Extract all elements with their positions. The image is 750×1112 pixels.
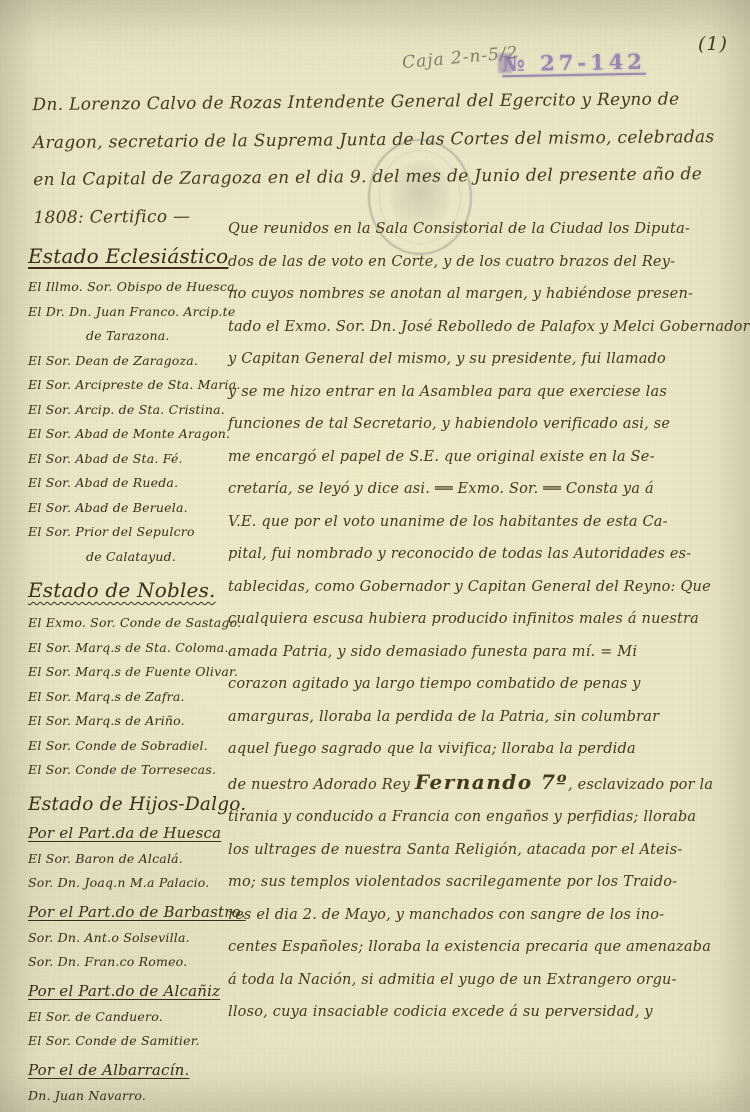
body-text: Que reunidos en la Sala Consistorial de … (228, 213, 744, 1029)
body-line: y Capitan General del mismo, y su presid… (228, 343, 744, 376)
body-line: dos de las de voto en Corte, y de los cu… (228, 246, 744, 279)
margin-entry: de Calatayud. (28, 545, 230, 570)
body-line: tirania y conducido a Francia con engaño… (228, 801, 744, 834)
margin-entry: El Sor. Marq.s de Sta. Coloma. (28, 636, 230, 661)
margin-entry: Dn. Juan Navarro. (28, 1084, 230, 1109)
margin-entry: El Sor. Abad de Sta. Fé. (28, 447, 230, 472)
body-line: me encargó el papel de S.E. que original… (228, 441, 744, 474)
body-line: lloso, cuya insaciable codicia excede á … (228, 996, 744, 1029)
body-line: Que reunidos en la Sala Consistorial de … (228, 213, 744, 246)
body-line: amarguras, lloraba la perdida de la Patr… (228, 701, 744, 734)
margin-entry: El Sor. Abad de Rueda. (28, 471, 230, 496)
body-line: funciones de tal Secretario, y habiendol… (228, 408, 744, 441)
margin-entry: Estado de Hijos-Dalgo. (28, 793, 230, 817)
margin-entry: Estado Eclesiástico (28, 243, 230, 269)
margin-entry: El Exmo. Sor. Conde de Sastago. (28, 611, 230, 636)
body-line: los ultrages de nuestra Santa Religión, … (228, 834, 744, 867)
margin-entry: Por el Part.do de Alcañiz (28, 980, 230, 1002)
margin-entry: El Sor. Marq.s de Zafra. (28, 685, 230, 710)
margin-entry: El Sor. Marq.s de Ariño. (28, 709, 230, 734)
margin-entry: El Sor. Prior del Sepulcro (28, 520, 230, 545)
body-line: tablecidas, como Gobernador y Capitan Ge… (228, 571, 744, 604)
page-number: (1) (698, 33, 728, 55)
margin-entry: Por el Part.do de Barbastro. (28, 901, 230, 923)
body-line: cualquiera escusa hubiera producido infi… (228, 603, 744, 636)
margin-entry: Por el Part.da de Huesca (28, 822, 230, 844)
margin-entry: El Sor. Abad de Monte Aragon. (28, 422, 230, 447)
body-line: corazon agitado ya largo tiempo combatid… (228, 668, 744, 701)
body-line: V.E. que por el voto unanime de los habi… (228, 506, 744, 539)
margin-deputies-list: Estado Eclesiástico El Illmo. Sor. Obisp… (28, 241, 230, 1108)
body-line: res el dia 2. de Mayo, y manchados con s… (228, 899, 744, 932)
margin-entry: Estado de Nobles. (28, 577, 230, 603)
body-line: pital, fui nombrado y reconocido de toda… (228, 538, 744, 571)
body-line: á toda la Nación, si admitia el yugo de … (228, 964, 744, 997)
body-line: aquel fuego sagrado que la vivifica; llo… (228, 733, 744, 766)
body-line: amada Patria, y sido demasiado funesta p… (228, 636, 744, 669)
margin-entry: de Tarazona. (28, 324, 230, 349)
body-line: no cuyos nombres se anotan al margen, y … (228, 278, 744, 311)
margin-entry: El Sor. de Canduero. (28, 1005, 230, 1030)
body-line: cretaría, se leyó y dice asi. ══ Exmo. S… (228, 473, 744, 506)
body-line: centes Españoles; lloraba la existencia … (228, 931, 744, 964)
margin-entry: El Sor. Marq.s de Fuente Olivar. (28, 660, 230, 685)
margin-entry: El Sor. Conde de Samitier. (28, 1029, 230, 1054)
archive-number-stamp: № 27-142 (502, 49, 646, 77)
margin-entry: El Dr. Dn. Juan Franco. Arcip.te (28, 300, 230, 325)
margin-entry: Sor. Dn. Fran.co Romeo. (28, 950, 230, 975)
margin-entry: El Sor. Arcipreste de Sta. Maria. (28, 373, 230, 398)
body-line: mo; sus templos violentados sacrilegamen… (228, 866, 744, 899)
margin-entry: El Sor. Baron de Alcalá. (28, 847, 230, 872)
manuscript-page: Caja 2-n-5/2 № 27-142 (1) Dn. Lorenzo Ca… (0, 0, 750, 1112)
king-name-emphasis: Fernando 7º (415, 770, 568, 794)
body-line: y se me hizo entrar en la Asamblea para … (228, 376, 744, 409)
margin-entry: El Sor. Abad de Beruela. (28, 496, 230, 521)
margin-entry: El Sor. Dean de Zaragoza. (28, 349, 230, 374)
margin-entry: El Illmo. Sor. Obispo de Huesca. (28, 275, 230, 300)
body-line: tado el Exmo. Sor. Dn. José Rebolledo de… (228, 311, 744, 344)
margin-entry: Por el de Albarracín. (28, 1059, 230, 1081)
body-line: de nuestro Adorado Rey Fernando 7º, escl… (228, 766, 744, 802)
margin-entry: Sor. Dn. Ant.o Solsevilla. (28, 926, 230, 951)
margin-entry: El Sor. Conde de Torresecas. (28, 758, 230, 783)
margin-entry: El Sor. Arcip. de Sta. Cristina. (28, 398, 230, 423)
margin-entry: El Sor. Conde de Sobradiel. (28, 734, 230, 759)
opening-line: Dn. Lorenzo Calvo de Rozas Intendente Ge… (32, 81, 738, 125)
margin-entry: Sor. Dn. Joaq.n M.a Palacio. (28, 871, 230, 896)
